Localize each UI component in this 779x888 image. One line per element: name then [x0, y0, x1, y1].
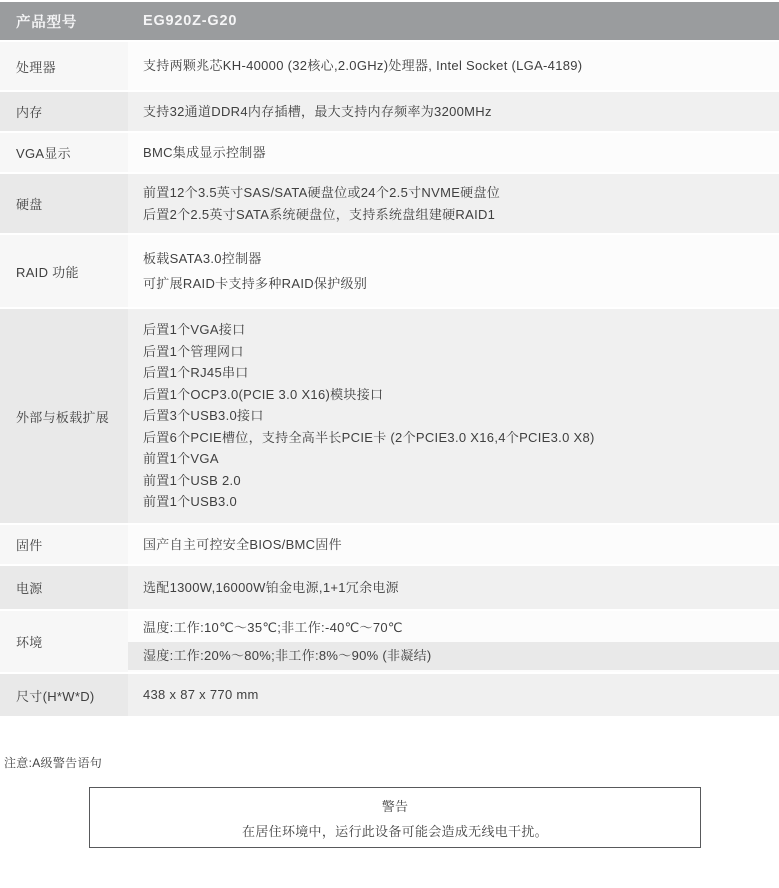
spec-line: 板载SATA3.0控制器 — [128, 246, 779, 271]
spec-row-value: 前置12个3.5英寸SAS/SATA硬盘位或24个2.5寸NVME硬盘位后置2个… — [128, 174, 779, 233]
spec-line: 后置1个RJ45串口 — [128, 362, 779, 384]
spec-row-value: 支持32通道DDR4内存插槽，最大支持内存频率为3200MHz — [128, 92, 779, 131]
spec-row: 电源选配1300W,16000W铂金电源,1+1冗余电源 — [0, 566, 779, 609]
warning-message: 在居住环境中，运行此设备可能会造成无线电干扰。 — [90, 824, 700, 840]
spec-row-label: 电源 — [0, 566, 128, 609]
spec-row: RAID 功能板载SATA3.0控制器可扩展RAID卡支持多种RAID保护级别 — [0, 235, 779, 307]
spec-line: 后置6个PCIE槽位，支持全高半长PCIE卡 (2个PCIE3.0 X16,4个… — [128, 427, 779, 449]
warning-box: 警告 在居住环境中，运行此设备可能会造成无线电干扰。 — [89, 787, 701, 848]
warning-title: 警告 — [90, 799, 700, 815]
spec-rows: 处理器支持两颗兆芯KH-40000 (32核心,2.0GHz)处理器, Inte… — [0, 42, 779, 716]
spec-row-label: RAID 功能 — [0, 235, 128, 307]
spec-row: 尺寸(H*W*D)438 x 87 x 770 mm — [0, 674, 779, 716]
spec-line: 后置1个VGA接口 — [128, 319, 779, 341]
spec-row-value: 温度:工作:10℃～35℃;非工作:-40℃～70℃湿度:工作:20%～80%;… — [128, 611, 779, 672]
table-header-value-cell: EG920Z-G20 — [128, 2, 779, 40]
table-header-label: 产品型号 — [0, 2, 128, 40]
spec-row: 环境温度:工作:10℃～35℃;非工作:-40℃～70℃湿度:工作:20%～80… — [0, 611, 779, 672]
spec-line: BMC集成显示控制器 — [128, 142, 779, 164]
spec-row-value: 支持两颗兆芯KH-40000 (32核心,2.0GHz)处理器, Intel S… — [128, 42, 779, 90]
spec-line: 支持32通道DDR4内存插槽，最大支持内存频率为3200MHz — [128, 101, 779, 123]
spec-row-label: 固件 — [0, 525, 128, 564]
spec-line: 438 x 87 x 770 mm — [128, 684, 779, 706]
spec-table: 产品型号 EG920Z-G20 处理器支持两颗兆芯KH-40000 (32核心,… — [0, 0, 779, 716]
spec-line: 后置2个2.5英寸SATA系统硬盘位，支持系统盘组建硬RAID1 — [128, 204, 779, 226]
spec-line: 前置1个USB 2.0 — [128, 470, 779, 492]
spec-line: 后置1个管理网口 — [128, 341, 779, 363]
spec-line: 后置3个USB3.0接口 — [128, 405, 779, 427]
spec-row: 硬盘前置12个3.5英寸SAS/SATA硬盘位或24个2.5寸NVME硬盘位后置… — [0, 174, 779, 233]
spec-row-label: 硬盘 — [0, 174, 128, 233]
spec-line: 国产自主可控安全BIOS/BMC固件 — [128, 534, 779, 556]
spec-row-label: 处理器 — [0, 42, 128, 90]
spec-row: 处理器支持两颗兆芯KH-40000 (32核心,2.0GHz)处理器, Inte… — [0, 42, 779, 90]
spec-row-value: 国产自主可控安全BIOS/BMC固件 — [128, 525, 779, 564]
product-model: EG920Z-G20 — [128, 2, 779, 40]
spec-row: 外部与板载扩展后置1个VGA接口后置1个管理网口后置1个RJ45串口后置1个OC… — [0, 309, 779, 523]
spec-row: VGA显示BMC集成显示控制器 — [0, 133, 779, 172]
spec-row-value: 板载SATA3.0控制器可扩展RAID卡支持多种RAID保护级别 — [128, 235, 779, 307]
spec-row-label: VGA显示 — [0, 133, 128, 172]
note-text: 注意:A级警告语句 — [4, 754, 779, 771]
spec-line: 前置1个VGA — [128, 448, 779, 470]
spec-line: 温度:工作:10℃～35℃;非工作:-40℃～70℃ — [128, 614, 779, 642]
spec-line: 可扩展RAID卡支持多种RAID保护级别 — [128, 271, 779, 296]
spec-row-value: 选配1300W,16000W铂金电源,1+1冗余电源 — [128, 566, 779, 609]
spec-row-label: 外部与板载扩展 — [0, 309, 128, 523]
spec-line: 湿度:工作:20%～80%;非工作:8%～90% (非凝结) — [128, 642, 779, 670]
spec-row-label: 内存 — [0, 92, 128, 131]
spec-row-value: 后置1个VGA接口后置1个管理网口后置1个RJ45串口后置1个OCP3.0(PC… — [128, 309, 779, 523]
spec-line: 前置12个3.5英寸SAS/SATA硬盘位或24个2.5寸NVME硬盘位 — [128, 182, 779, 204]
spec-row: 固件国产自主可控安全BIOS/BMC固件 — [0, 525, 779, 564]
spec-line: 选配1300W,16000W铂金电源,1+1冗余电源 — [128, 577, 779, 599]
spec-row-label: 尺寸(H*W*D) — [0, 674, 128, 716]
spec-row-value: 438 x 87 x 770 mm — [128, 674, 779, 716]
spec-line: 后置1个OCP3.0(PCIE 3.0 X16)模块接口 — [128, 384, 779, 406]
spec-row-value: BMC集成显示控制器 — [128, 133, 779, 172]
spec-row-label: 环境 — [0, 611, 128, 672]
spec-line: 支持两颗兆芯KH-40000 (32核心,2.0GHz)处理器, Intel S… — [128, 55, 779, 77]
spec-row: 内存支持32通道DDR4内存插槽，最大支持内存频率为3200MHz — [0, 92, 779, 131]
spec-line: 前置1个USB3.0 — [128, 491, 779, 513]
table-header-row: 产品型号 EG920Z-G20 — [0, 2, 779, 40]
